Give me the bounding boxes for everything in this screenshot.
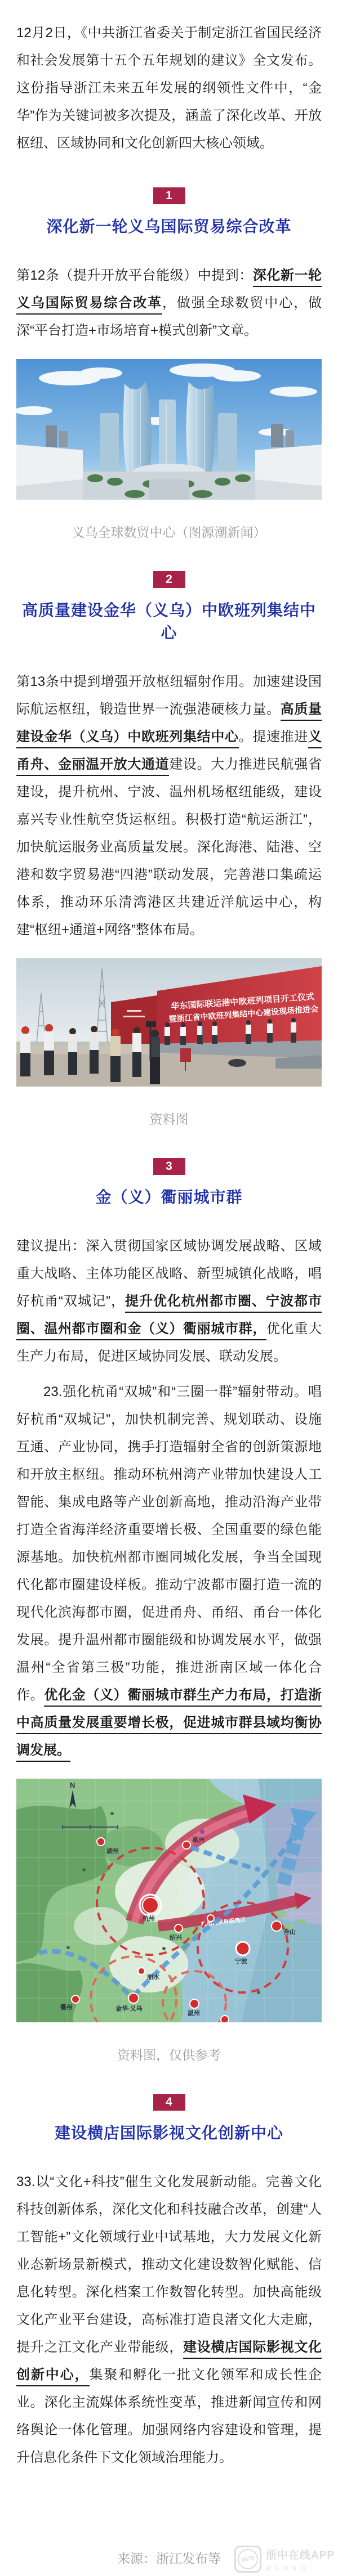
map-label: 宁波 — [235, 1957, 247, 1965]
text-run: 12月2日，《中共浙江省委关于制定浙江省国民经济和社会发展第十五个五年规划的建议… — [16, 25, 322, 151]
speaker-box — [228, 1059, 246, 1067]
plaza-path — [149, 479, 189, 500]
intro-block: 12月2日，《中共浙江省委关于制定浙江省国民经济和社会发展第十五个五年规划的建议… — [16, 0, 322, 157]
text-run: 第12条（提升开放平台能级）中提到： — [16, 268, 253, 283]
compass-letter: N — [70, 1781, 75, 1789]
section-3-number-badge: 3 — [153, 1158, 185, 1175]
section-1: 1 深化新一轮义乌国际贸易综合改革 第12条（提升开放平台能级）中提到：深化新一… — [16, 187, 322, 541]
section-2: 2 高质量建设金华（义乌）中欧班列集结中心 第13条中提到增强开放枢纽辐射作用。… — [16, 571, 322, 1128]
map-label: 丽水 — [147, 1973, 159, 1981]
section-2-number-badge: 2 — [153, 571, 185, 588]
map-label: 舟山 — [283, 1928, 296, 1936]
watermark-slogan: 就在你身边 — [266, 2564, 335, 2572]
body-paragraph: 第12条（提升开放平台能级）中提到：深化新一轮义乌国际贸易综合改革，做强全球数贸… — [16, 262, 322, 344]
image-caption: 义乌全球数贸中心（图源潮新闻） — [16, 522, 322, 541]
section-4-number-badge: 4 — [153, 2094, 185, 2111]
ceremony-photo[interactable]: 华东国际联运港中欧班列项目开工仪式 暨浙江省中欧班列集结中心建设现场推进会 — [16, 958, 322, 1128]
body-paragraph: 33.以“文化+科技”催生文化发展新动能。完善文化科技创新体系，深化文化和科技融… — [16, 2168, 322, 2471]
watermark-logo-number: 0579 — [235, 2547, 260, 2571]
section-4-title: 建设横店国际影视文化创新中心 — [16, 2121, 322, 2143]
section-2-paragraphs: 第13条中提到增强开放枢纽辐射作用。加速建设国际航运枢纽，锻造世界一流强港硬核力… — [16, 668, 322, 944]
watermark-app-name: 浙中在线APP — [266, 2547, 335, 2562]
section-1-paragraphs: 第12条（提升开放平台能级）中提到：深化新一轮义乌国际贸易综合改革，做强全球数贸… — [16, 262, 322, 344]
yiwu-trade-center-photo[interactable]: 义乌全球数贸中心（图源潮新闻） — [16, 359, 322, 541]
map-label: 湖州 — [106, 1847, 119, 1855]
image-caption: 资料图 — [16, 1109, 322, 1128]
article-page: 12月2日，《中共浙江省委关于制定浙江省国民经济和社会发展第十五个五年规划的建议… — [0, 0, 338, 2576]
image-caption: 资料图，仅供参考 — [16, 2045, 322, 2063]
section-3-paragraphs: 建议提出：深入贯彻国家区域协调发展战略、区域重大战略、主体功能区战略、新型城镇化… — [16, 1232, 322, 1764]
city-cluster-map[interactable]: 杭州湾世界级湾区 — [16, 1779, 322, 2063]
section-3-title: 金（义）衢丽城市群 — [16, 1185, 322, 1208]
section-1-title: 深化新一轮义乌国际贸易综合改革 — [16, 214, 322, 237]
text-run: 第13条中提到增强开放枢纽辐射作用。加速建设国际航运枢纽，锻造世界一流强港硬核力… — [16, 674, 322, 717]
map-label: 温州 — [188, 2009, 200, 2017]
body-paragraph: 12月2日，《中共浙江省委关于制定浙江省国民经济和社会发展第十五个五年规划的建议… — [16, 19, 322, 157]
section-1-number-badge: 1 — [153, 187, 185, 204]
text-run: 建设。大力推进民航强省建设，提升杭州、宁波、温州机场枢纽能级，建设嘉兴专业性航空… — [16, 757, 322, 937]
watermark: 0579 浙中在线APP 就在你身边 — [234, 2546, 335, 2573]
text-run: 33.以“文化+科技”催生文化发展新动能。完善文化科技创新体系，深化文化和科技融… — [16, 2174, 322, 2355]
map-label: 绍兴 — [170, 1933, 183, 1941]
towers-illustration — [16, 359, 322, 500]
watermark-logo-icon: 0579 — [234, 2546, 261, 2573]
section-3: 3 金（义）衢丽城市群 建议提出：深入贯彻国家区域协调发展战略、区域重大战略、主… — [16, 1158, 322, 2063]
ceremony-illustration: 华东国际联运港中欧班列项目开工仪式 暨浙江省中欧班列集结中心建设现场推进会 — [16, 958, 322, 1087]
body-paragraph: 建议提出：深入贯彻国家区域协调发展战略、区域重大战略、主体功能区战略、新型城镇化… — [16, 1232, 322, 1370]
map-label: 衢州 — [60, 2003, 73, 2011]
body-paragraph: 23.强化杭甬“双城”和“三圈一群”辐射带动。唱好杭甬“双城记”，加快机制完善、… — [16, 1378, 322, 1764]
text-run: 。提速推进 — [239, 729, 308, 744]
emphasized-text: 优化金（义）衢丽城市群生产力布局，打造浙中高质量发展重要增长极，促进城市群县域均… — [16, 1688, 322, 1762]
section-4-paragraphs: 33.以“文化+科技”催生文化发展新动能。完善文化科技创新体系，深化文化和科技融… — [16, 2168, 322, 2471]
map-illustration: 杭州湾世界级湾区 — [16, 1779, 322, 2022]
map-label: 嘉兴 — [192, 1835, 205, 1843]
map-label: 金华-义乌 — [115, 2004, 143, 2012]
section-2-title: 高质量建设金华（义乌）中欧班列集结中心 — [16, 598, 322, 643]
body-paragraph: 第13条中提到增强开放枢纽辐射作用。加速建设国际航运枢纽，锻造世界一流强港硬核力… — [16, 668, 322, 944]
section-4: 4 建设横店国际影视文化创新中心 33.以“文化+科技”催生文化发展新动能。完善… — [16, 2094, 322, 2471]
text-run: 23.强化杭甬“双城”和“三圈一群”辐射带动。唱好杭甬“双城记”，加快机制完善、… — [16, 1384, 322, 1703]
map-label: 杭州 — [143, 1914, 155, 1922]
